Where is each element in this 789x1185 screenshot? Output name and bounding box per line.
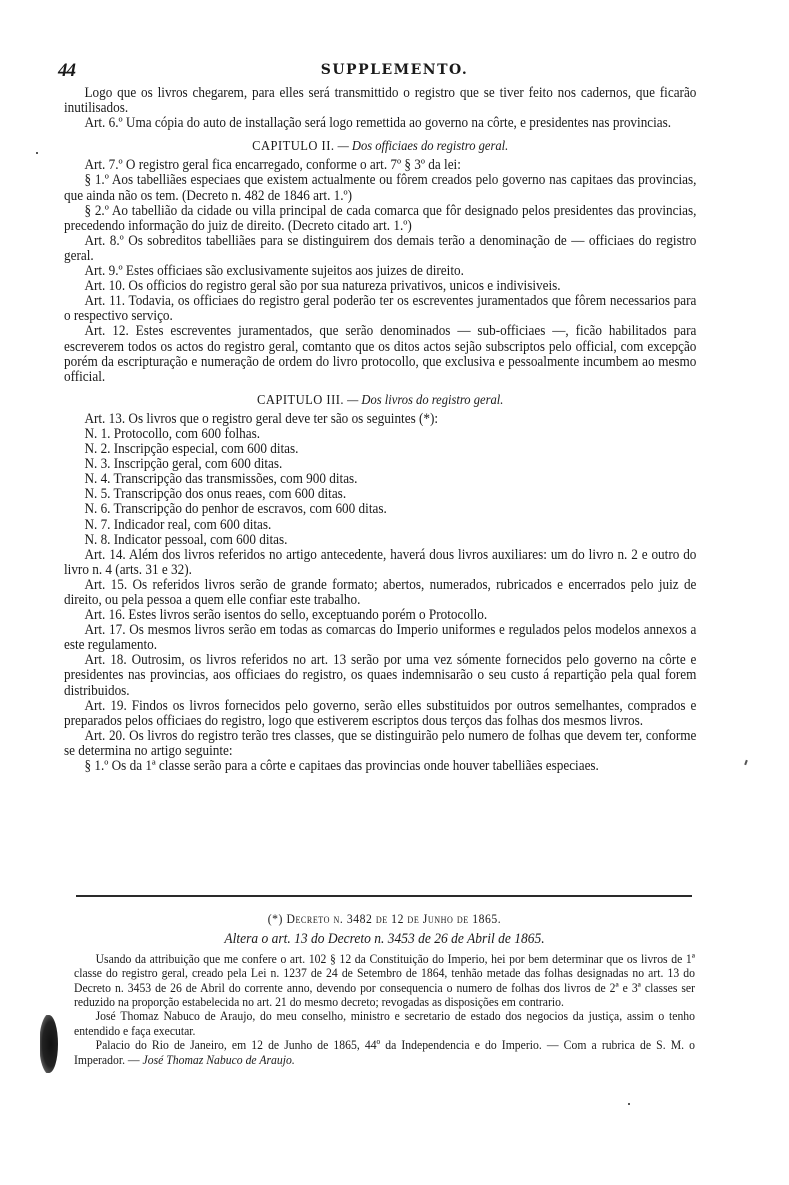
paragraph-art-15: Art. 15. Os referidos livros serão de gr… <box>64 578 696 608</box>
paragraph-art-16: Art. 16. Estes livros serão isentos do s… <box>64 608 696 623</box>
chapter-title: — Dos officiaes do registro geral. <box>338 138 509 153</box>
paragraph: Logo que os livros chegarem, para elles … <box>64 86 696 116</box>
document-page: 44 SUPPLEMENTO. Logo que os livros chega… <box>0 0 789 1185</box>
chapter-3-heading: CAPITULO III. — Dos livros do registro g… <box>64 392 696 407</box>
paragraph-section-1: § 1.º Aos tabelliães especiaes que exist… <box>64 173 696 203</box>
margin-mark <box>744 760 748 765</box>
footnote: (*) Decreto n. 3482 de 12 de Junho de 18… <box>74 912 695 1067</box>
signature: José Thomaz Nabuco de Araujo. <box>143 1052 295 1067</box>
paragraph-art-10: Art. 10. Os officios do registro geral s… <box>64 279 696 294</box>
footnote-paragraph: José Thomaz Nabuco de Araujo, do meu con… <box>74 1009 695 1038</box>
paragraph-art-12: Art. 12. Estes escreventes juramentados,… <box>64 324 696 384</box>
footnote-paragraph: Palacio do Rio de Janeiro, em 12 de Junh… <box>74 1038 695 1067</box>
list-item: N. 5. Transcripção dos onus reaes, com 6… <box>64 487 696 502</box>
list-item: N. 3. Inscripção geral, com 600 ditas. <box>64 457 696 472</box>
list-item: N. 1. Protocollo, com 600 folhas. <box>64 427 696 442</box>
chapter-number: CAPITULO II. <box>252 138 334 153</box>
footnote-divider <box>76 895 692 897</box>
footnote-heading: (*) Decreto n. 3482 de 12 de Junho de 18… <box>74 912 695 926</box>
paragraph-art-9: Art. 9.º Estes officiaes são exclusivame… <box>64 264 696 279</box>
ink-blot-artifact <box>40 1015 58 1073</box>
paragraph-art-20-section-1: § 1.º Os da 1ª classe serão para a côrte… <box>64 759 696 774</box>
paragraph-art-19: Art. 19. Findos os livros fornecidos pel… <box>64 699 696 729</box>
footnote-paragraph: Usando da attribuição que me confere o a… <box>74 952 695 1010</box>
paragraph-art-20: Art. 20. Os livros do registro terão tre… <box>64 729 696 759</box>
speck <box>628 1103 630 1105</box>
paragraph-art-6: Art. 6.º Uma cópia do auto de installaçã… <box>64 116 696 131</box>
list-item: N. 2. Inscripção especial, com 600 ditas… <box>64 442 696 457</box>
paragraph-art-14: Art. 14. Além dos livros referidos no ar… <box>64 548 696 578</box>
paragraph-art-7: Art. 7.º O registro geral fica encarrega… <box>64 158 696 173</box>
running-title: SUPPLEMENTO. <box>0 62 789 78</box>
paragraph-art-11: Art. 11. Todavia, os officiaes do regist… <box>64 294 696 324</box>
footnote-subtitle: Altera o art. 13 do Decreto n. 3453 de 2… <box>74 932 695 946</box>
chapter-number: CAPITULO III. <box>257 392 344 407</box>
paragraph-art-18: Art. 18. Outrosim, os livros referidos n… <box>64 653 696 698</box>
list-item: N. 7. Indicador real, com 600 ditas. <box>64 518 696 533</box>
main-text: Logo que os livros chegarem, para elles … <box>64 86 696 774</box>
paragraph-art-8: Art. 8.º Os sobreditos tabelliães para s… <box>64 234 696 264</box>
page-header: 44 SUPPLEMENTO. <box>0 60 789 86</box>
chapter-2-heading: CAPITULO II. — Dos officiaes do registro… <box>64 138 696 153</box>
list-item: N. 6. Transcripção do penhor de escravos… <box>64 502 696 517</box>
paragraph-art-17: Art. 17. Os mesmos livros serão em todas… <box>64 623 696 653</box>
list-item: N. 4. Transcripção das transmissões, com… <box>64 472 696 487</box>
paragraph-art-13: Art. 13. Os livros que o registro geral … <box>64 412 696 427</box>
paragraph-section-2: § 2.º Ao tabellião da cidade ou villa pr… <box>64 204 696 234</box>
books-list: N. 1. Protocollo, com 600 folhas. N. 2. … <box>64 427 696 548</box>
chapter-title: — Dos livros do registro geral. <box>347 392 503 407</box>
speck <box>36 152 38 154</box>
list-item: N. 8. Indicator pessoal, com 600 ditas. <box>64 533 696 548</box>
